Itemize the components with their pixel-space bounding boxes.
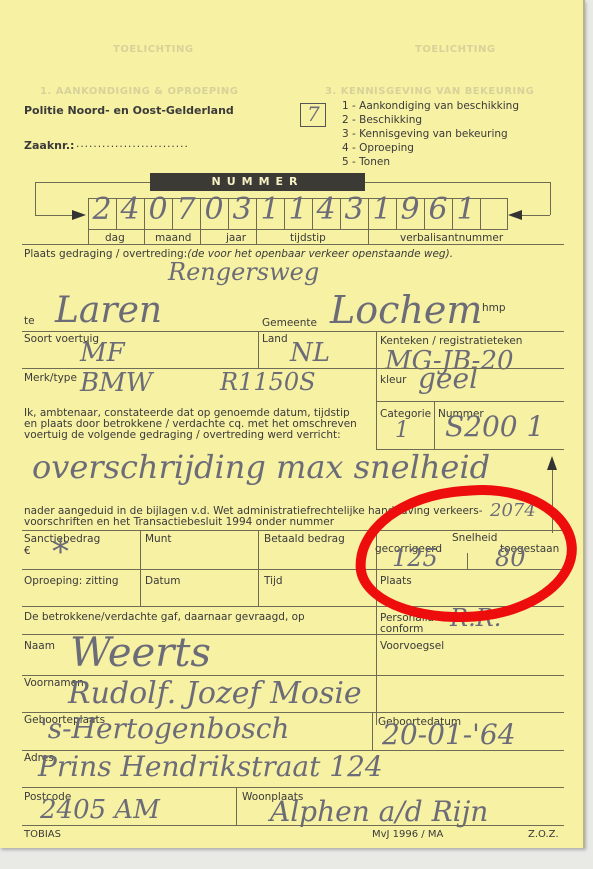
divider <box>22 825 564 826</box>
arrow-line-left <box>35 182 36 215</box>
citation-form: TOELICHTING TOELICHTING 1. AANKONDIGING … <box>0 0 585 848</box>
naam-value[interactable]: Weerts <box>70 630 211 676</box>
offense-value[interactable]: overschrijding max snelheid <box>32 448 490 486</box>
nummer-digit: 4 <box>312 192 340 227</box>
voorvoegsel-label: Voorvoegsel <box>380 640 444 652</box>
categorie-value[interactable]: 1 <box>395 418 409 443</box>
nummer-digit: 0 <box>200 192 228 227</box>
datum-label: Datum <box>145 575 181 587</box>
nummer-digit: 3 <box>228 192 256 227</box>
law-line: voorschriften en het Transactiebesluit 1… <box>24 516 334 528</box>
form-type-option: 2 - Beschikking <box>342 114 422 126</box>
nummer-digit: 1 <box>256 192 284 227</box>
gemeente-value[interactable]: Lochem <box>330 288 482 332</box>
geboorteplaats-value[interactable]: 's-Hertogenbosch <box>40 712 289 745</box>
soort-voertuig-value[interactable]: MF <box>80 338 125 368</box>
organization-name: Politie Noord- en Oost-Gelderland <box>24 104 234 117</box>
adres-value[interactable]: Prins Hendrikstraat 124 <box>38 750 383 783</box>
divider <box>140 530 141 606</box>
ghost-heading-right: TOELICHTING <box>415 44 496 55</box>
nummer-label-jaar: jaar <box>226 232 246 244</box>
munt-label: Munt <box>145 533 172 545</box>
betaald-bedrag-label: Betaald bedrag <box>264 533 345 545</box>
arrow-left-icon <box>508 210 522 220</box>
nummer-label-verbalisantnummer: verbalisantnummer <box>400 232 503 244</box>
te-value[interactable]: Laren <box>55 290 162 331</box>
case-number-label: Zaaknr.: <box>24 139 74 152</box>
naam-label: Naam <box>24 640 55 652</box>
ghost-section-right: 3. KENNISGEVING VAN BEKEURING <box>325 86 534 97</box>
arrow-line-left <box>35 215 75 216</box>
nummer-digit: 3 <box>340 192 368 227</box>
footer-left: TOBIAS <box>24 829 61 840</box>
merk-type-label: Merk/type <box>24 372 77 384</box>
ghost-section-left: 1. AANKONDIGING & OPROEPING <box>40 86 238 97</box>
divider <box>372 712 373 750</box>
arrow-line-right <box>520 215 550 216</box>
nummer-digit: 0 <box>144 192 172 227</box>
arrow-line-left <box>35 182 150 183</box>
sanctiebedrag-value[interactable]: * <box>52 532 69 572</box>
nummer-digit: 1 <box>452 192 480 227</box>
kleur-label: kleur <box>380 374 406 386</box>
divider <box>22 244 564 245</box>
footer-center: MvJ 1996 / MA <box>372 829 443 840</box>
arrow-line-right <box>365 182 550 183</box>
woonplaats-value[interactable]: Alphen a/d Rijn <box>270 795 488 828</box>
nummer-digit: 4 <box>116 192 144 227</box>
form-type-option: 4 - Oproeping <box>342 142 414 154</box>
box-divider <box>88 230 89 244</box>
statement-line: voertuig de volgende gedraging / overtre… <box>24 429 341 441</box>
nummer-label-tijdstip: tijdstip <box>290 232 326 244</box>
divider <box>376 401 564 402</box>
gemeente-label: Gemeente <box>262 317 317 329</box>
ghost-heading-left: TOELICHTING <box>113 44 194 55</box>
arrow-up-icon <box>547 456 557 470</box>
divider <box>434 401 435 449</box>
person-intro: De betrokkene/verdachte gaf, daarnaar ge… <box>24 611 305 623</box>
divider <box>258 331 259 368</box>
divider <box>22 787 564 788</box>
nummer-digit: 1 <box>368 192 396 227</box>
nummer-digit: 2 <box>88 192 116 227</box>
form-type-value: 7 <box>307 102 320 126</box>
box-divider <box>480 198 481 230</box>
form-type-option: 3 - Kennisgeving van bekeuring <box>342 128 508 140</box>
te-label: te <box>24 315 35 327</box>
nummer-digit: 6 <box>424 192 452 227</box>
land-value[interactable]: NL <box>290 338 330 368</box>
nummer-digit: 1 <box>284 192 312 227</box>
postcode-value[interactable]: 2405 AM <box>40 795 160 825</box>
form-type-option: 5 - Tonen <box>342 156 390 168</box>
nummer-label-maand: maand <box>155 232 191 244</box>
nummer-field-value[interactable]: S200 1 <box>445 410 544 443</box>
nummer-digit: 9 <box>396 192 424 227</box>
arrow-right-icon <box>72 210 86 220</box>
case-number-field[interactable]: .......................... <box>76 138 189 150</box>
land-label: Land <box>262 333 288 345</box>
voornamen-value[interactable]: Rudolf. Jozef Mosie <box>68 676 362 711</box>
oproeping-zitting-label: Oproeping: zitting <box>24 575 119 587</box>
tijd-label: Tijd <box>264 575 283 587</box>
geboortedatum-value[interactable]: 20-01-'64 <box>382 718 516 751</box>
type-value[interactable]: R1150S <box>220 368 316 396</box>
footer-right: Z.O.Z. <box>528 829 559 840</box>
form-type-option: 1 - Aankondiging van beschikking <box>342 100 519 112</box>
hmp-label: hmp <box>482 302 506 314</box>
currency-label: € <box>24 545 31 557</box>
divider <box>22 331 564 332</box>
nummer-title: NUMMER <box>150 173 365 191</box>
nummer-label-dag: dag <box>105 232 125 244</box>
nummer-digit: 7 <box>172 192 200 227</box>
divider <box>236 787 237 825</box>
divider <box>376 331 377 449</box>
merk-value[interactable]: BMW <box>80 368 152 398</box>
form-type-box[interactable]: 7 <box>300 103 326 127</box>
divider <box>258 530 259 606</box>
arrow-line-right <box>550 182 551 215</box>
plaats-street-value[interactable]: Rengersweg <box>168 258 319 286</box>
kleur-value[interactable]: geel <box>418 362 478 395</box>
plaats-label-text: Plaats gedraging / overtreding: <box>24 248 187 260</box>
